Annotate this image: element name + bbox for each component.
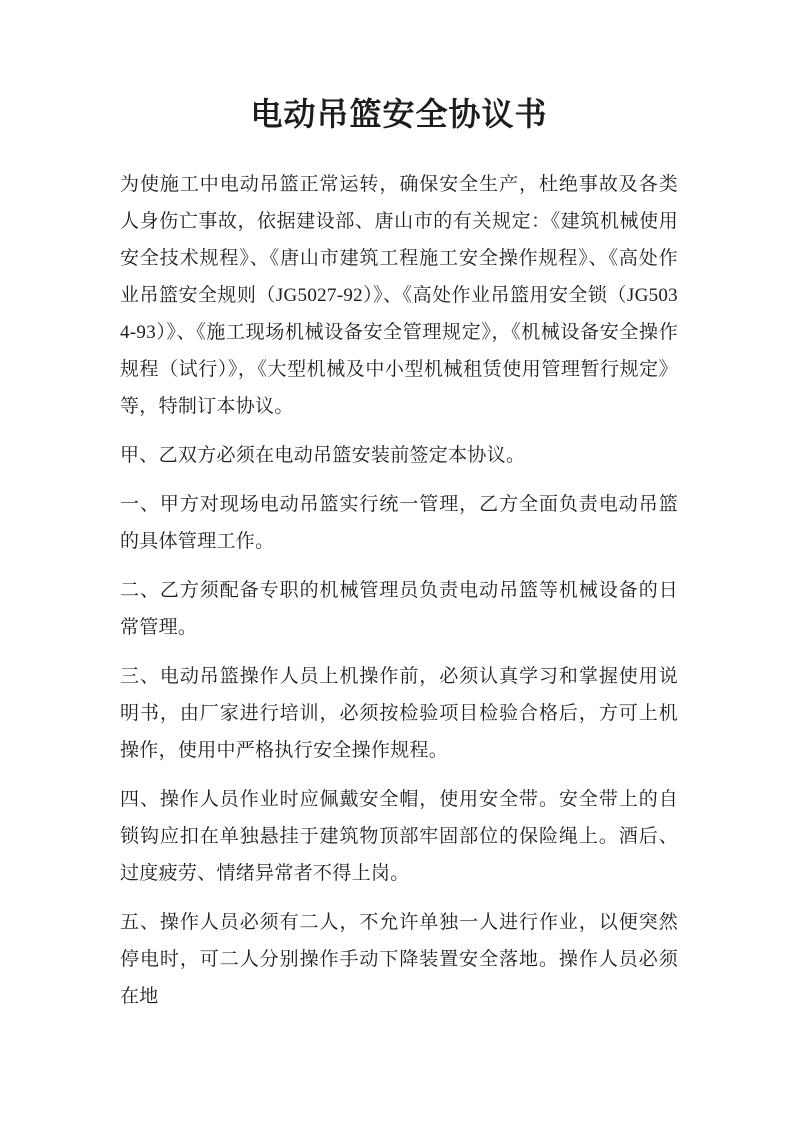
paragraph: 三、电动吊篮操作人员上机操作前，必须认真学习和掌握使用说明书，由厂家进行培训，必… <box>120 658 678 769</box>
document-page: 电动吊篮安全协议书 为使施工中电动吊篮正常运转，确保安全生产，杜绝事故及各类人身… <box>0 0 793 1122</box>
paragraph: 一、甲方对现场电动吊篮实行统一管理，乙方全面负责电动吊篮的具体管理工作。 <box>120 486 678 560</box>
paragraph: 为使施工中电动吊篮正常运转，确保安全生产，杜绝事故及各类人身伤亡事故，依据建设部… <box>120 166 678 425</box>
paragraph: 四、操作人员作业时应佩戴安全帽，使用安全带。安全带上的自锁钩应扣在单独悬挂于建筑… <box>120 781 678 892</box>
paragraph: 甲、乙双方必须在电动吊篮安装前签定本协议。 <box>120 437 678 474</box>
document-body: 为使施工中电动吊篮正常运转，确保安全生产，杜绝事故及各类人身伤亡事故，依据建设部… <box>120 166 678 1015</box>
paragraph: 五、操作人员必须有二人，不允许单独一人进行作业，以便突然停电时，可二人分别操作手… <box>120 904 678 1015</box>
document-title: 电动吊篮安全协议书 <box>120 96 678 132</box>
paragraph: 二、乙方须配备专职的机械管理员负责电动吊篮等机械设备的日常管理。 <box>120 572 678 646</box>
